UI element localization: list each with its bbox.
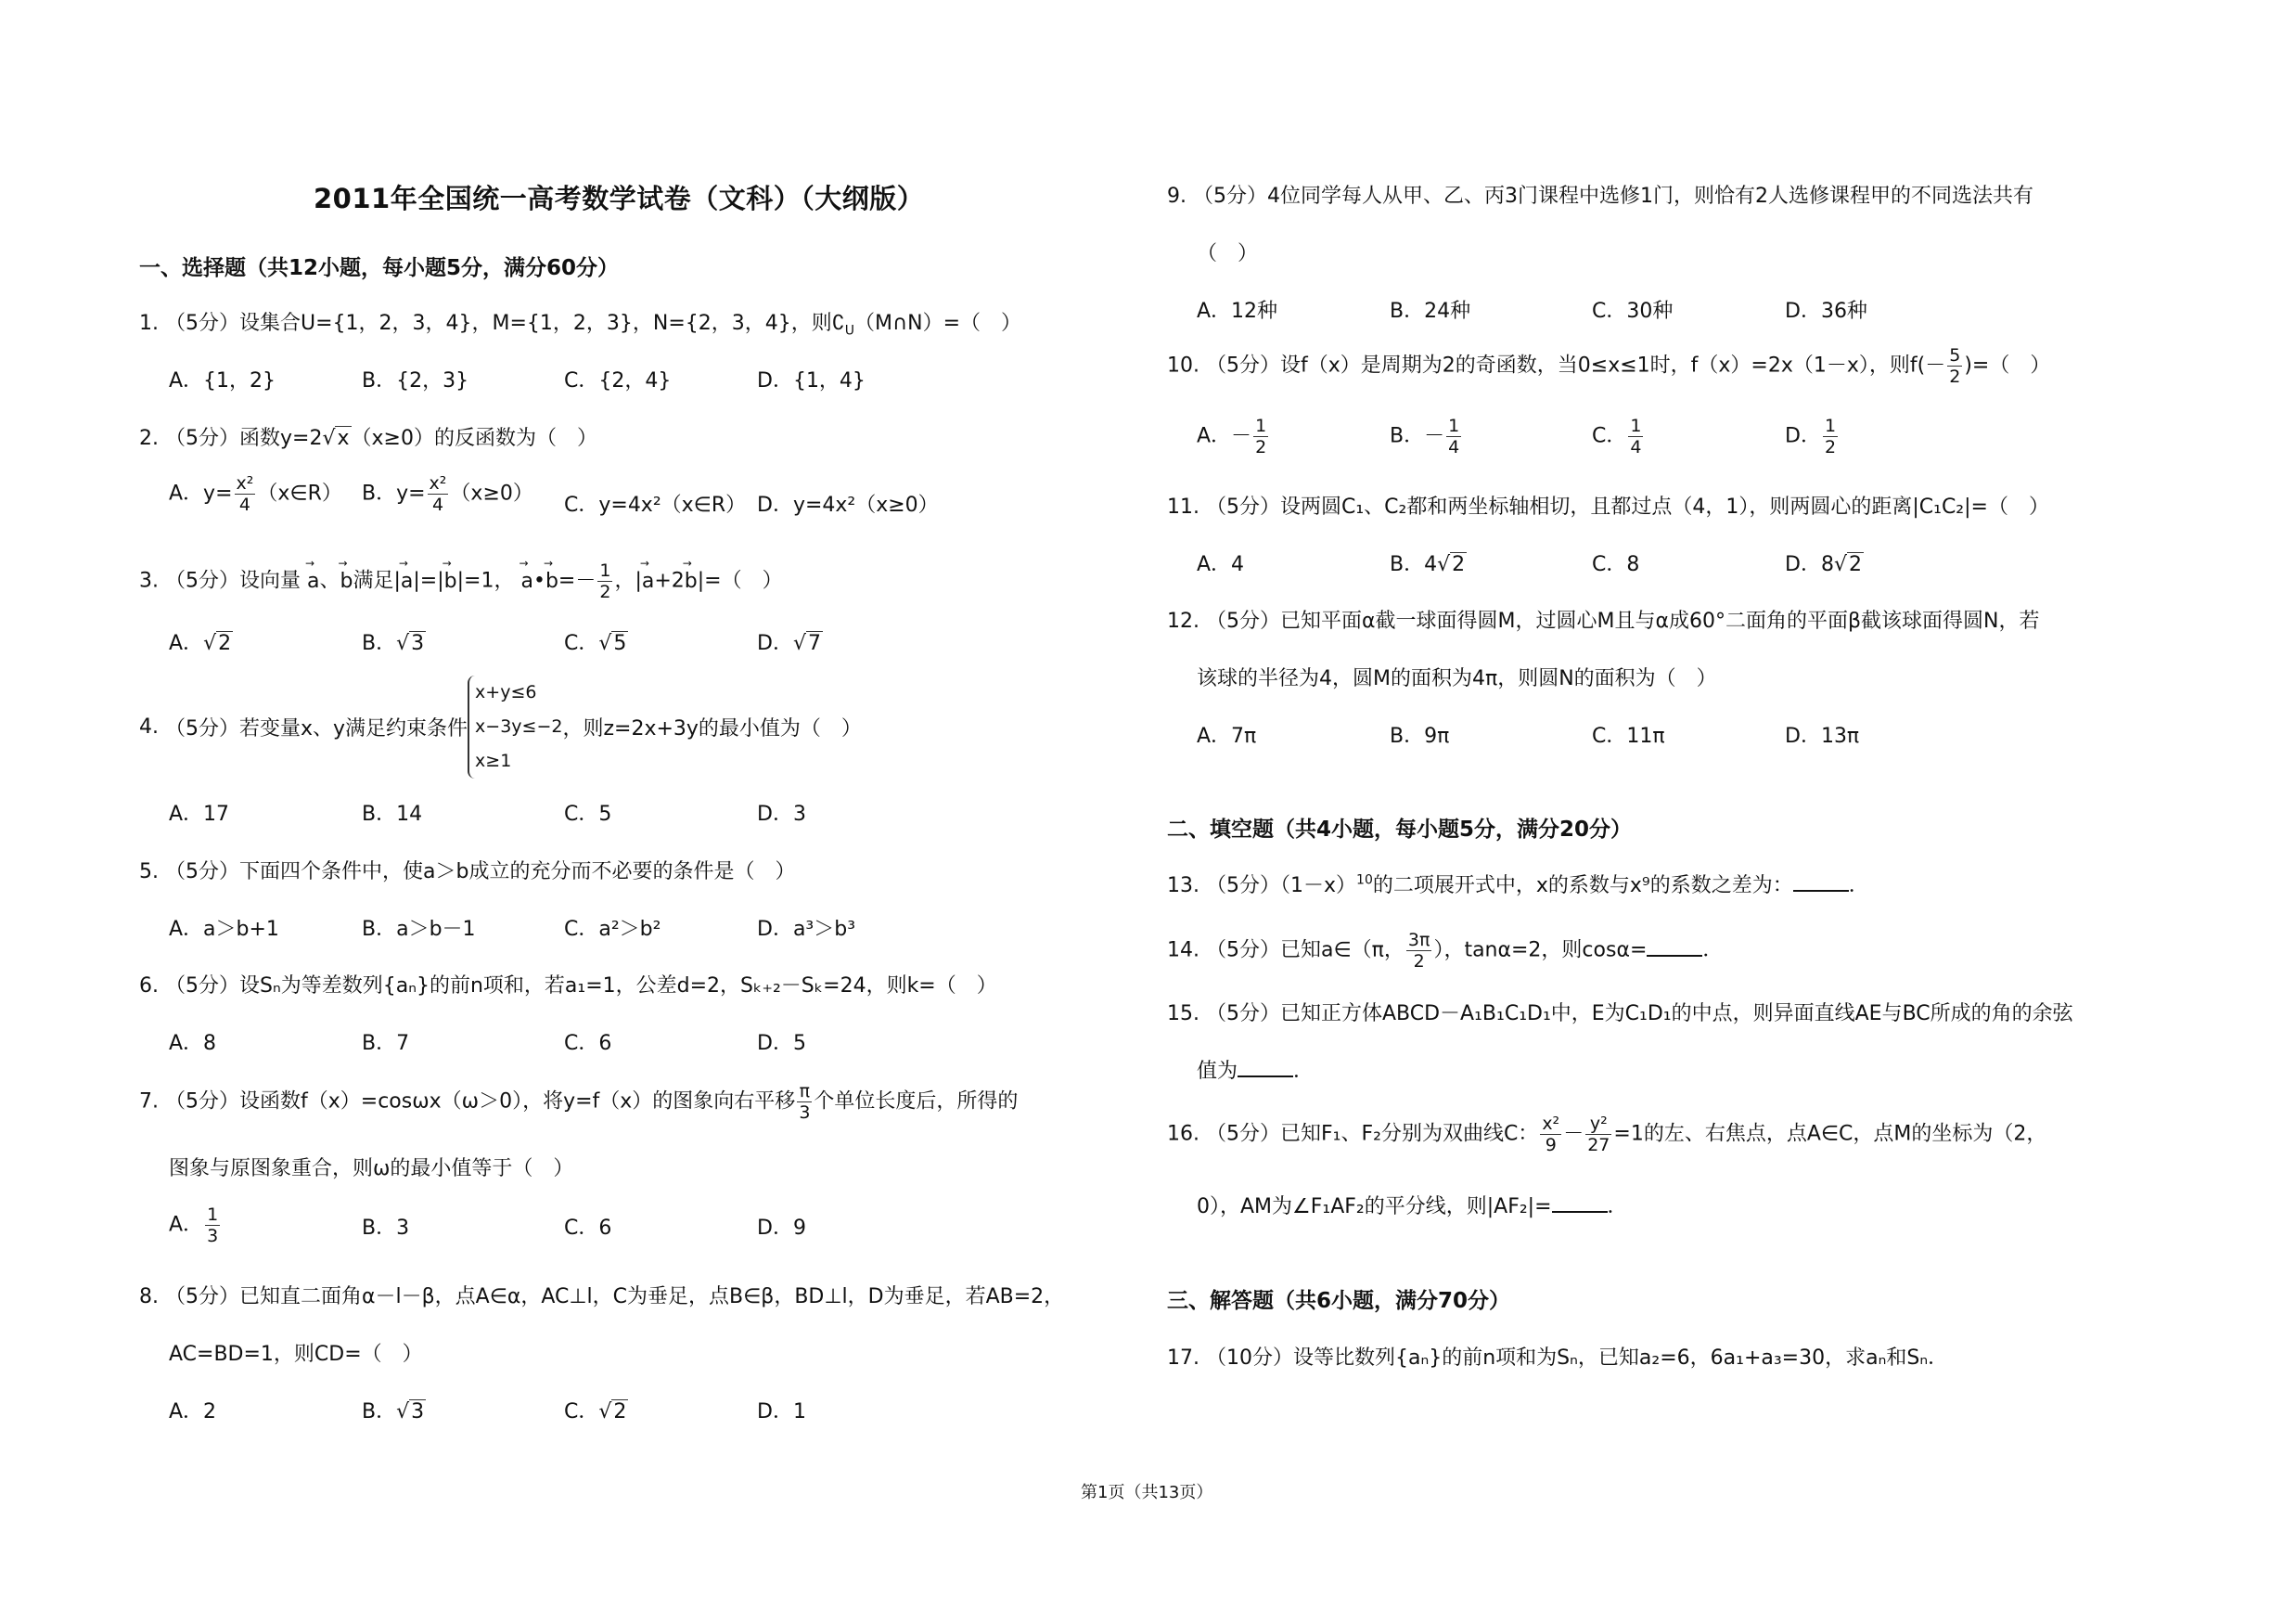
denominator: 4 [428, 495, 449, 515]
denominator: 27 [1585, 1135, 1611, 1155]
question-2: 2. （5分）函数y=2√x（x≥0）的反函数为（ ） [139, 422, 597, 451]
vector-a: a [307, 570, 319, 593]
question-text: 设f（x）是周期为2的奇函数，当0≤x≤1时，f（x）=2x（1－x），则 [1280, 354, 1910, 378]
option-tail: （x∈R） [257, 483, 341, 506]
q5-option-a: A．a＞b+1 [169, 913, 279, 942]
question-text: 设向量 [239, 570, 301, 593]
question-text: 已知平面α截一球面得圆M，过圆心M且与α成60°二面角的平面β截该球面得圆N，若 [1280, 610, 2039, 633]
question-score: （10分） [1206, 1346, 1293, 1370]
question-number: 12. [1167, 610, 1199, 633]
period: ． [1702, 939, 1723, 962]
constraint-system: x+y≤6x−3y≤−2x≥1 [468, 676, 562, 779]
option-label: D． [757, 632, 793, 655]
question-number: 5. [139, 860, 159, 883]
question-text: 已知a∈（π， [1280, 939, 1405, 962]
numerator: 1 [597, 560, 612, 582]
radicand: 5 [611, 631, 628, 655]
question-number: 4. [139, 715, 159, 739]
question-score: （5分） [1206, 939, 1280, 962]
question-17: 17. （10分）设等比数列{aₙ}的前n项和为Sₙ，已知a₂=6，6a₁+a₃… [1167, 1342, 1948, 1371]
q5-option-c: C．a²＞b² [564, 913, 661, 942]
vector-a: a [401, 570, 413, 593]
q1-option-b: B．{2，3} [362, 365, 468, 393]
question-text: +2 [654, 570, 684, 593]
question-score: （5分） [1206, 610, 1280, 633]
q8-option-a: A．2 [169, 1396, 216, 1424]
vector-a: a [642, 570, 654, 593]
option-label: C． [564, 1400, 598, 1423]
denominator: 2 [1823, 437, 1838, 457]
question-text: 已知正方体ABCD－A₁B₁C₁D₁中，E为C₁D₁的中点，则异面直线AE与BC… [1280, 1002, 2073, 1025]
question-text: ），tanα=2，则cosα= [1433, 939, 1647, 962]
question-text: 若变量x、y满足约束条件 [239, 717, 468, 741]
question-score: （5分） [165, 570, 239, 593]
radicand: 3 [409, 1399, 426, 1423]
question-14: 14. （5分）已知a∈（π，3π2），tanα=2，则cosα=． [1167, 930, 1723, 972]
vector-b: b [340, 570, 353, 593]
option-label: A．y= [169, 483, 233, 506]
q10-option-a: A．－12 [1197, 416, 1270, 457]
question-text: 设集合U={1，2，3，4}，M={1，2，3}，N={2，3，4}，则∁ [239, 312, 845, 335]
question-score: （5分） [165, 974, 239, 998]
q6-option-c: C．6 [564, 1027, 611, 1056]
question-text-tail: （x≥0）的反函数为（ ） [352, 427, 597, 450]
numerator: 5 [1947, 345, 1962, 367]
q11-option-a: A．4 [1197, 548, 1244, 577]
question-number: 10. [1167, 354, 1199, 378]
denominator: 3 [205, 1226, 220, 1246]
q2-option-d: D．y=4x²（x≥0） [757, 489, 939, 518]
question-1: 1. （5分）设集合U={1，2，3，4}，M={1，2，3}，N={2，3，4… [139, 307, 1021, 338]
question-text: 4位同学每人从甲、乙、丙3门课程中选修1门，则恰有2人选修课程甲的不同选法共有 [1267, 185, 2033, 208]
question-text: 设Sₙ为等差数列{aₙ}的前n项和，若a₁=1，公差d=2，Sₖ₊₂－Sₖ=24… [239, 974, 997, 998]
q12-option-c: C．11π [1592, 720, 1665, 749]
radicand: 7 [806, 631, 823, 655]
question-text: |=| [413, 570, 443, 593]
q11-option-c: C．8 [1592, 548, 1639, 577]
fraction: 12 [597, 560, 612, 602]
option-label: D．8 [1785, 553, 1834, 576]
fraction: 14 [1628, 416, 1643, 457]
question-number: 16. [1167, 1123, 1199, 1146]
option-label: D． [1785, 425, 1821, 448]
question-7-line2: 图象与原图象重合，则ω的最小值等于（ ） [169, 1153, 573, 1181]
q3-option-c: C．√5 [564, 627, 628, 656]
question-score: （5分） [1206, 354, 1280, 378]
question-score: （5分） [1206, 874, 1280, 897]
q7-option-a: A．13 [169, 1204, 222, 1246]
question-score: （5分） [165, 427, 239, 450]
q9-option-a: A．12种 [1197, 295, 1277, 324]
question-8: 8. （5分）已知直二面角α－l－β，点A∈α，AC⊥l，C为垂足，点B∈β，B… [139, 1281, 1064, 1309]
question-text: 0），AM为∠F₁AF₂的平分线，则|AF₂|= [1197, 1195, 1552, 1218]
fraction: 12 [1823, 416, 1838, 457]
radicand: 2 [611, 1399, 628, 1423]
question-text: 值为 [1197, 1060, 1238, 1083]
sqrt-expression: √2 [598, 1400, 628, 1423]
question-text: |=1， [457, 570, 515, 593]
page-footer: 第1页（共13页） [1081, 1479, 1212, 1503]
numerator: 1 [1823, 416, 1838, 437]
question-text: 已知F₁、F₂分别为双曲线C： [1280, 1123, 1538, 1146]
q1-option-c: C．{2，4} [564, 365, 671, 393]
question-score: （5分） [165, 1090, 239, 1114]
question-score: （5分） [165, 312, 239, 335]
q4-option-c: C．5 [564, 798, 611, 827]
question-text: 设函数f（x）=cosωx（ω＞0），将y=f（x）的图象向右平移 [239, 1090, 795, 1114]
superscript: 10 [1356, 873, 1373, 888]
numerator: x² [235, 473, 256, 495]
denominator: 4 [1446, 437, 1461, 457]
vector-b: b [444, 570, 457, 593]
q3-option-a: A．√2 [169, 627, 233, 656]
question-3: 3. （5分）设向量 a、b满足|a|=|b|=1， a•b=－12，|a+2b… [139, 560, 783, 602]
section-heading-choice: 一、选择题（共12小题，每小题5分，满分60分） [139, 251, 619, 281]
question-9-line2: （ ） [1197, 238, 1258, 266]
question-text: 下面四个条件中，使a＞b成立的充分而不必要的条件是（ ） [239, 860, 795, 883]
fraction: x²9 [1540, 1114, 1561, 1155]
q7-option-c: C．6 [564, 1212, 611, 1241]
q4-option-b: B．14 [362, 798, 422, 827]
answer-blank[interactable] [1793, 873, 1849, 892]
question-9: 9. （5分）4位同学每人从甲、乙、丙3门课程中选修1门，则恰有2人选修课程甲的… [1167, 180, 2033, 209]
denominator: 2 [597, 582, 612, 602]
sqrt-expression: √2 [203, 632, 233, 655]
option-label: B．4 [1390, 553, 1437, 576]
answer-blank[interactable] [1552, 1194, 1608, 1213]
sqrt-expression: √x [322, 427, 351, 450]
page-title: 2011年全国统一高考数学试卷（文科）（大纲版） [314, 178, 924, 216]
function-expression: f(－ [1910, 354, 1945, 378]
radicand: 3 [409, 631, 426, 655]
question-number: 14. [1167, 939, 1199, 962]
dot-operator: • [533, 570, 545, 593]
question-number: 7. [139, 1090, 159, 1114]
q5-option-b: B．a＞b－1 [362, 913, 476, 942]
minus: － [1563, 1123, 1584, 1146]
denominator: 2 [1406, 951, 1432, 972]
denominator: 4 [235, 495, 256, 515]
question-text-tail: |=（ ） [698, 570, 783, 593]
denominator: 2 [1253, 437, 1268, 457]
q10-option-c: C．14 [1592, 416, 1645, 457]
question-13: 13. （5分）（1－x）10的二项展开式中，x的系数与x⁹的系数之差为：． [1167, 869, 1869, 898]
q1-option-d: D．{1，4} [757, 365, 866, 393]
denominator: 3 [797, 1102, 812, 1123]
subscript: U [845, 323, 854, 338]
sqrt-expression: √3 [396, 1400, 426, 1423]
numerator: π [797, 1081, 812, 1102]
question-text: 已知直二面角α－l－β，点A∈α，AC⊥l，C为垂足，点B∈β，BD⊥l，D为垂… [239, 1285, 1064, 1308]
question-number: 1. [139, 312, 159, 335]
question-16-line2: 0），AM为∠F₁AF₂的平分线，则|AF₂|=． [1197, 1191, 1628, 1219]
section-heading-answer: 三、解答题（共6小题，满分70分） [1167, 1283, 1510, 1314]
fraction: 12 [1253, 416, 1268, 457]
sqrt-expression: √2 [1437, 553, 1467, 576]
sqrt-expression: √7 [793, 632, 823, 655]
fraction: x²4 [428, 473, 449, 515]
question-text-tail: ，则z=2x+3y的最小值为（ ） [562, 717, 861, 741]
question-text: 设两圆C₁、C₂都和两坐标轴相切，且都过点（4，1），则两圆心的距离|C₁C₂|… [1280, 496, 2049, 519]
fraction: x²4 [235, 473, 256, 515]
constraint: x≥1 [475, 744, 562, 779]
vector-b: b [545, 570, 558, 593]
question-number: 3. [139, 570, 159, 593]
question-number: 8. [139, 1285, 159, 1308]
q10-option-b: B．－14 [1390, 416, 1463, 457]
fraction: 14 [1446, 416, 1461, 457]
question-number: 9. [1167, 185, 1186, 208]
question-number: 15. [1167, 1002, 1199, 1025]
question-number: 11. [1167, 496, 1199, 519]
radicand: 2 [216, 631, 233, 655]
numerator: 1 [1253, 416, 1268, 437]
numerator: y² [1585, 1114, 1611, 1135]
radicand: 2 [1847, 552, 1864, 576]
q1-option-a: A．{1，2} [169, 365, 276, 393]
question-12-line2: 该球的半径为4，圆M的面积为4π，则圆N的面积为（ ） [1197, 663, 1717, 691]
question-10: 10. （5分）设f（x）是周期为2的奇函数，当0≤x≤1时，f（x）=2x（1… [1167, 345, 2050, 387]
q5-option-d: D．a³＞b³ [757, 913, 855, 942]
vector-b: b [685, 570, 698, 593]
q6-option-a: A．8 [169, 1027, 216, 1056]
question-number: 13. [1167, 874, 1199, 897]
question-15-line2: 值为． [1197, 1055, 1314, 1084]
radicand: x [335, 426, 351, 450]
q2-option-a: A．y=x²4（x∈R） [169, 473, 342, 515]
question-score: （5分） [1206, 496, 1280, 519]
q12-option-d: D．13π [1785, 720, 1859, 749]
section-heading-fill: 二、填空题（共4小题，每小题5分，满分20分） [1167, 812, 1632, 843]
q2-option-b: B．y=x²4（x≥0） [362, 473, 533, 515]
fraction: 13 [205, 1204, 220, 1246]
question-number: 6. [139, 974, 159, 998]
question-6: 6. （5分）设Sₙ为等差数列{aₙ}的前n项和，若a₁=1，公差d=2，Sₖ₊… [139, 970, 997, 998]
sqrt-expression: √5 [598, 632, 628, 655]
question-text: 函数y=2 [239, 427, 322, 450]
period: ． [1293, 1060, 1314, 1083]
q3-option-d: D．√7 [757, 627, 823, 656]
q9-option-d: D．36种 [1785, 295, 1867, 324]
question-score: （5分） [1206, 1123, 1280, 1146]
question-number: 2. [139, 427, 159, 450]
q12-option-b: B．9π [1390, 720, 1449, 749]
option-label: A． [169, 1214, 203, 1237]
question-12: 12. （5分）已知平面α截一球面得圆M，过圆心M且与α成60°二面角的平面β截… [1167, 605, 2039, 634]
q8-option-c: C．√2 [564, 1396, 628, 1424]
question-text: 设等比数列{aₙ}的前n项和为Sₙ，已知a₂=6，6a₁+a₃=30，求aₙ和S… [1293, 1346, 1948, 1370]
question-text-tail: （M∩N）=（ ） [854, 312, 1021, 335]
question-11: 11. （5分）设两圆C₁、C₂都和两坐标轴相切，且都过点（4，1），则两圆心的… [1167, 491, 2049, 520]
question-8-line2: AC=BD=1，则CD=（ ） [169, 1338, 423, 1367]
numerator: 1 [1628, 416, 1643, 437]
question-text-tail: )=（ ） [1964, 354, 2050, 378]
option-label: C． [1592, 425, 1626, 448]
numerator: 3π [1406, 930, 1432, 951]
question-score: （5分） [1193, 185, 1267, 208]
fraction: π3 [797, 1081, 812, 1123]
q6-option-b: B．7 [362, 1027, 409, 1056]
question-text-tail: 个单位长度后，所得的 [814, 1090, 1018, 1114]
question-4: 4. （5分）若变量x、y满足约束条件x+y≤6x−3y≤−2x≥1，则z=2x… [139, 676, 862, 779]
denominator: 2 [1947, 367, 1962, 387]
question-number: 17. [1167, 1346, 1199, 1370]
sqrt-expression: √3 [396, 632, 426, 655]
option-label: A．－ [1197, 425, 1251, 448]
question-text: ，| [614, 570, 641, 593]
q9-option-c: C．30种 [1592, 295, 1673, 324]
option-label: C． [564, 632, 598, 655]
q12-option-a: A．7π [1197, 720, 1256, 749]
question-score: （5分） [165, 1285, 239, 1308]
option-tail: （x≥0） [450, 483, 532, 506]
period: ． [1608, 1195, 1628, 1218]
numerator: x² [428, 473, 449, 495]
question-7: 7. （5分）设函数f（x）=cosωx（ω＞0），将y=f（x）的图象向右平移… [139, 1081, 1018, 1123]
q4-option-d: D．3 [757, 798, 806, 827]
question-text-tail: =1的左、右焦点，点A∈C，点M的坐标为（2， [1613, 1123, 2046, 1146]
answer-blank[interactable] [1238, 1059, 1293, 1077]
denominator: 9 [1540, 1135, 1561, 1155]
q2-option-c: C．y=4x²（x∈R） [564, 489, 746, 518]
numerator: x² [1540, 1114, 1561, 1135]
constraint: x−3y≤−2 [475, 710, 562, 744]
q3-option-b: B．√3 [362, 627, 426, 656]
q11-option-b: B．4√2 [1390, 548, 1467, 577]
question-15: 15. （5分）已知正方体ABCD－A₁B₁C₁D₁中，E为C₁D₁的中点，则异… [1167, 998, 2073, 1026]
option-label: B． [362, 632, 396, 655]
sqrt-expression: √2 [1834, 553, 1864, 576]
denominator: 4 [1628, 437, 1643, 457]
answer-blank[interactable] [1647, 938, 1702, 957]
question-text: =－ [558, 570, 596, 593]
q8-option-d: D．1 [757, 1396, 806, 1424]
numerator: 1 [1446, 416, 1461, 437]
q11-option-d: D．8√2 [1785, 548, 1864, 577]
q8-option-b: B．√3 [362, 1396, 426, 1424]
period: ． [1849, 874, 1869, 897]
q4-option-a: A．17 [169, 798, 229, 827]
fraction: 3π2 [1406, 930, 1432, 972]
question-score: （5分） [1206, 1002, 1280, 1025]
option-label: B．y= [362, 483, 426, 506]
q10-option-d: D．12 [1785, 416, 1840, 457]
q7-option-b: B．3 [362, 1212, 409, 1241]
radicand: 2 [1450, 552, 1467, 576]
question-score: （5分） [165, 860, 239, 883]
option-label: A． [169, 632, 203, 655]
q9-option-b: B．24种 [1390, 295, 1470, 324]
question-text: 满足| [353, 570, 400, 593]
option-label: B．－ [1390, 425, 1444, 448]
separator: 、 [320, 570, 340, 593]
vector-a: a [520, 570, 532, 593]
question-16: 16. （5分）已知F₁、F₂分别为双曲线C：x²9－y²27=1的左、右焦点，… [1167, 1114, 2046, 1155]
constraint: x+y≤6 [475, 676, 562, 710]
question-5: 5. （5分）下面四个条件中，使a＞b成立的充分而不必要的条件是（ ） [139, 856, 795, 884]
fraction: y²27 [1585, 1114, 1611, 1155]
q6-option-d: D．5 [757, 1027, 806, 1056]
question-text: 的二项展开式中，x的系数与x⁹的系数之差为： [1373, 874, 1793, 897]
q7-option-d: D．9 [757, 1212, 806, 1241]
fraction: 52 [1947, 345, 1962, 387]
question-score: （5分） [165, 717, 239, 741]
numerator: 1 [205, 1204, 220, 1226]
option-label: B． [362, 1400, 396, 1423]
question-text: （1－x） [1280, 874, 1356, 897]
